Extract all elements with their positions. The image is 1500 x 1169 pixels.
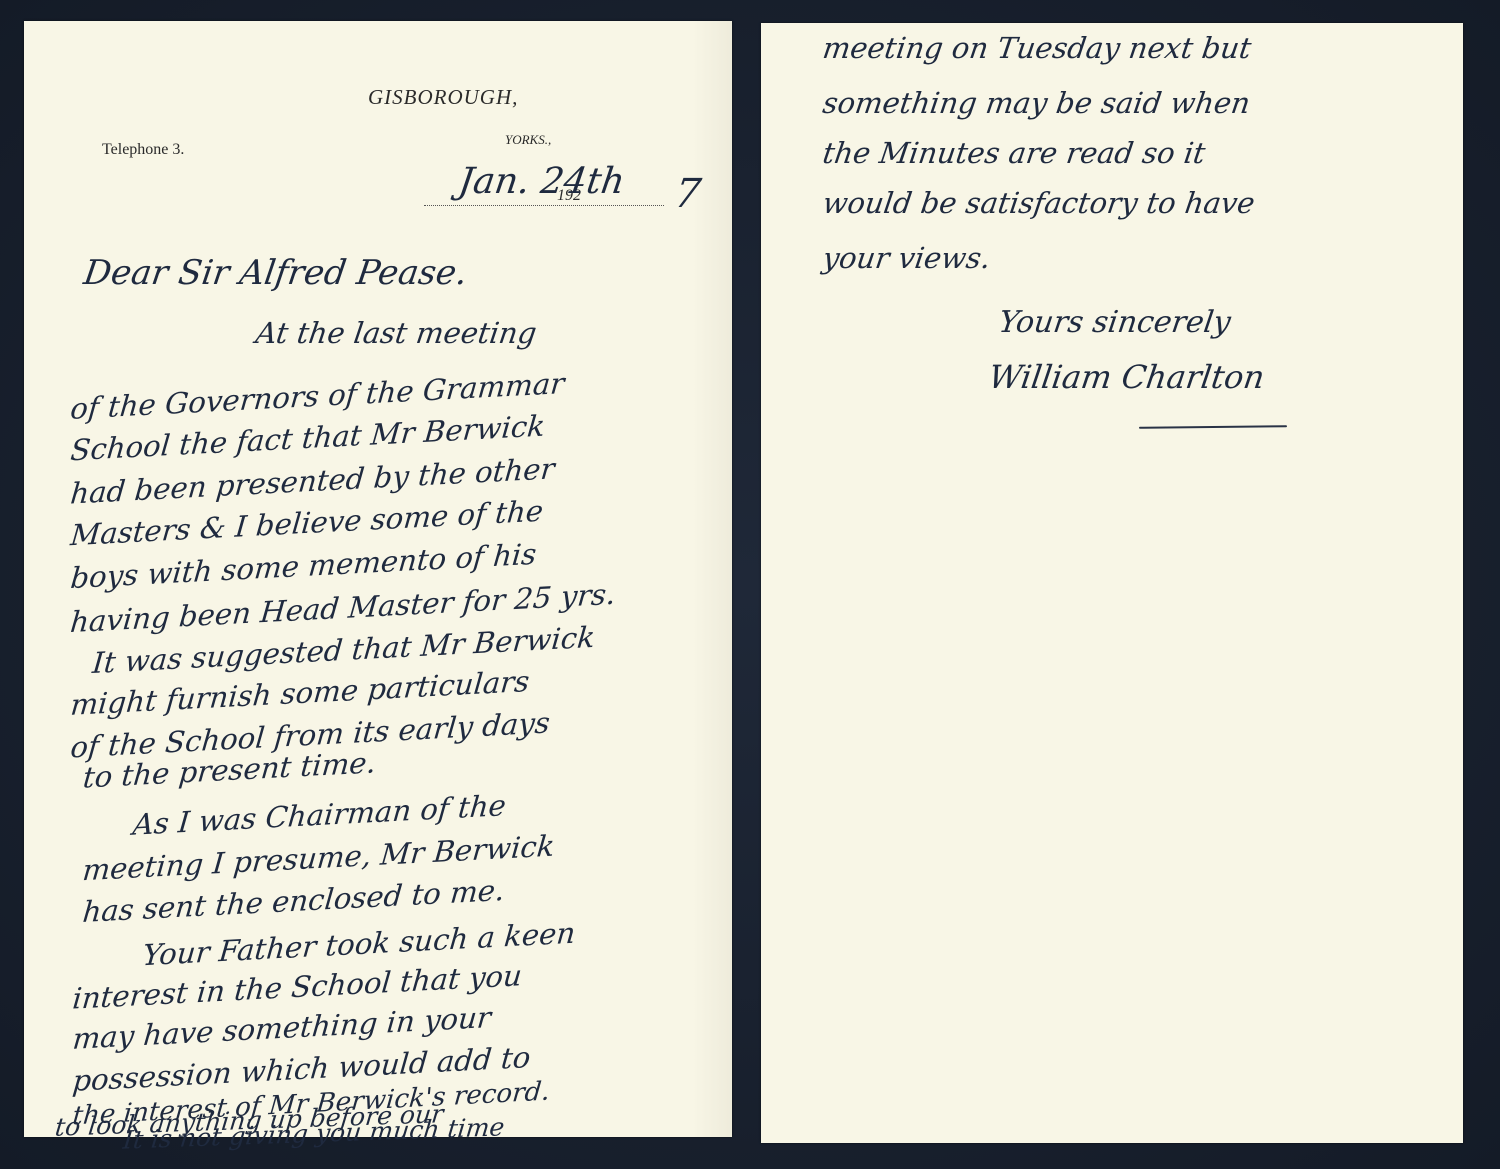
letterhead-county: YORKS., xyxy=(505,132,551,148)
salutation: Dear Sir Alfred Pease. xyxy=(81,253,470,293)
signature-underline xyxy=(1139,425,1287,429)
date-year-digit: 7 xyxy=(672,171,704,217)
letter-line: the Minutes are read so it xyxy=(821,136,1208,170)
letter-line: your views. xyxy=(821,241,993,275)
date-dotted-line xyxy=(424,205,664,206)
closing: Yours sincerely xyxy=(997,305,1233,340)
letter-line: meeting on Tuesday next but xyxy=(821,31,1254,65)
letterhead-telephone: Telephone 3. xyxy=(102,141,184,159)
letter-page-2: meeting on Tuesday next but something ma… xyxy=(761,23,1463,1143)
letter-line: At the last meeting xyxy=(254,316,539,350)
date-handwritten: Jan. 24th xyxy=(456,161,627,202)
letterhead-town: GISBOROUGH, xyxy=(368,85,518,110)
signature: William Charlton xyxy=(986,358,1267,396)
letter-line: something may be said when xyxy=(821,86,1253,120)
letter-line: would be satisfactory to have xyxy=(821,186,1257,220)
letter-page-1: GISBOROUGH, YORKS., Telephone 3. 192 Jan… xyxy=(24,21,732,1137)
